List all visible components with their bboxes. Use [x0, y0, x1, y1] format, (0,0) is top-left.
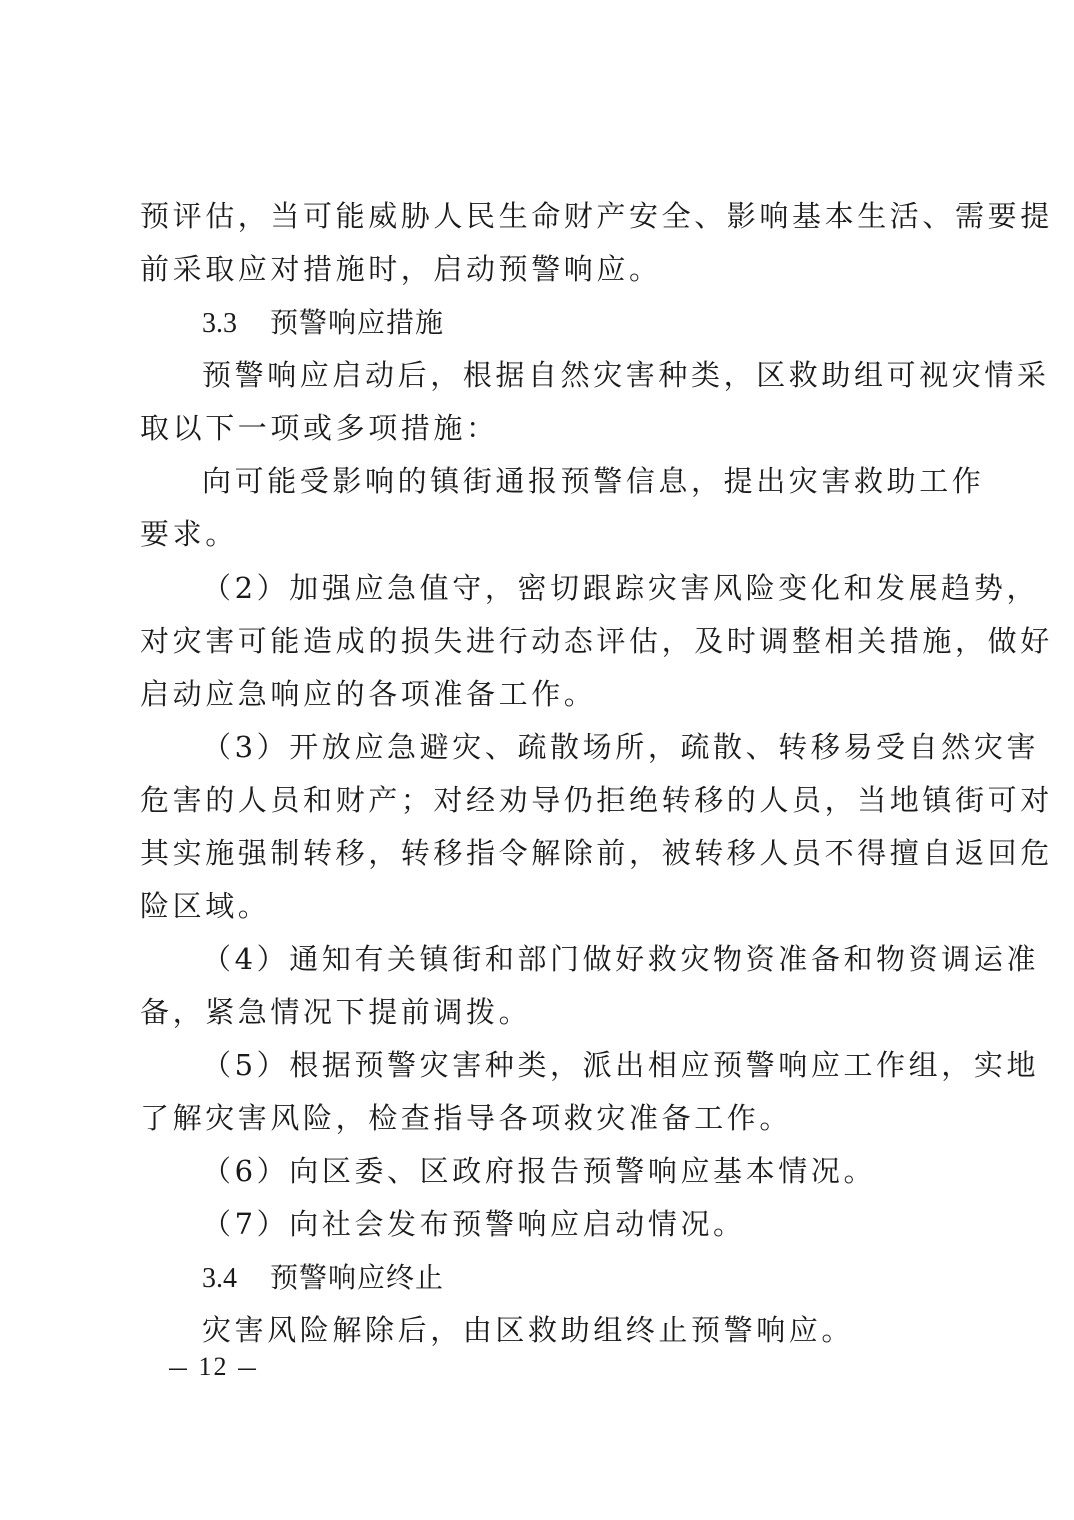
section-number: 3.3 [202, 297, 270, 350]
paragraph-line: 其实施强制转移，转移指令解除前，被转移人员不得擅自返回危 [140, 827, 1053, 880]
paragraph-line: 预评估，当可能威胁人民生命财产安全、影响基本生活、需要提 [140, 190, 1053, 243]
section-number: 3.4 [202, 1252, 270, 1305]
list-item-4: （4）通知有关镇街和部门做好救灾物资准备和物资调运准 [202, 933, 1039, 986]
list-item-5: （5）根据预警灾害种类，派出相应预警响应工作组，实地 [202, 1039, 1039, 1092]
list-item-7: （7）向社会发布预警响应启动情况。 [202, 1198, 746, 1251]
paragraph-line: 预警响应启动后，根据自然灾害种类，区救助组可视灾情采 [202, 349, 1050, 402]
paragraph-line: 前采取应对措施时，启动预警响应。 [140, 243, 662, 296]
paragraph-line: 危害的人员和财产；对经劝导仍拒绝转移的人员，当地镇街可对 [140, 774, 1053, 827]
paragraph-line: 备，紧急情况下提前调拨。 [140, 986, 531, 1039]
page-number: — 12 — [168, 1349, 259, 1386]
list-item-3: （3）开放应急避灾、疏散场所，疏散、转移易受自然灾害 [202, 721, 1039, 774]
paragraph-line: 了解灾害风险，检查指导各项救灾准备工作。 [140, 1092, 792, 1145]
list-item-2: （2）加强应急值守，密切跟踪灾害风险变化和发展趋势， [202, 562, 1039, 615]
page-number-dash-right: — [237, 1356, 259, 1380]
paragraph-line: 取以下一项或多项措施： [140, 402, 499, 455]
section-title: 预警响应终止 [270, 1261, 444, 1294]
section-title: 预警响应措施 [270, 306, 444, 339]
section-heading-3-4: 3.4预警响应终止 [202, 1251, 444, 1304]
paragraph-line: 要求。 [140, 508, 238, 561]
paragraph-line: 对灾害可能造成的损失进行动态评估，及时调整相关措施，做好 [140, 615, 1053, 668]
paragraph-line: 启动应急响应的各项准备工作。 [140, 668, 596, 721]
paragraph-line: 险区域。 [140, 880, 270, 933]
page-number-value: 12 [199, 1352, 229, 1381]
paragraph-line: 灾害风险解除后，由区救助组终止预警响应。 [202, 1304, 854, 1357]
list-item-1: 向可能受影响的镇街通报预警信息，提出灾害救助工作 [202, 455, 984, 508]
list-item-6: （6）向区委、区政府报告预警响应基本情况。 [202, 1145, 876, 1198]
page-number-dash-left: — [168, 1356, 190, 1380]
section-heading-3-3: 3.3预警响应措施 [202, 296, 444, 349]
